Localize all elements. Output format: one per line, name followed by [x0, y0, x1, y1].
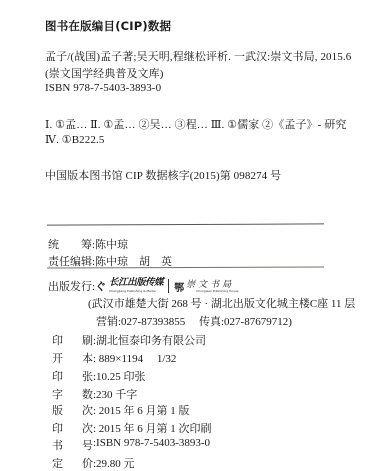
spec-value: :230 千字 [93, 386, 137, 402]
cip-subject-line-2: Ⅳ. ①B222.5 [45, 133, 104, 146]
spec-key-first: 版 [52, 402, 82, 418]
spec-printer: 印刷:湖北恒泰印务有限公司 [52, 332, 206, 348]
publisher-contact: 营销:027-87393855 传真:027-87679712) [96, 313, 292, 329]
chongwen-logo-sub: Chongwen Publishing House [196, 290, 238, 293]
divider-top [47, 223, 324, 225]
spec-printing: 印次: 2015 年 6 月第 1 次印刷 [52, 420, 212, 436]
spec-price: 定价:29.80 元 [52, 455, 135, 471]
publisher-label: 出版发行: [48, 278, 95, 294]
spec-isbn: 书号:ISBN 978-7-5403-3893-0 [52, 437, 210, 453]
spec-key-first: 定 [52, 455, 82, 471]
credit-planning-label: 统 筹 [48, 239, 92, 251]
spec-key-first: 印 [52, 332, 82, 348]
spec-key-second: 次 [82, 420, 93, 436]
spec-value: : 889×1194 1/32 [93, 350, 176, 366]
spec-key-second: 次 [82, 402, 93, 418]
spec-key-second: 号 [82, 437, 93, 453]
spec-key-second: 本 [82, 350, 93, 366]
spec-value: : 2015 年 6 月第 1 版 [93, 402, 190, 418]
logo-separator [168, 279, 169, 293]
chongwen-logo: 崇文书局 Chongwen Publishing House [186, 280, 238, 293]
cip-isbn: ISBN 978-7-5403-3893-0 [45, 82, 161, 94]
spec-key-first: 字 [52, 386, 82, 402]
cip-record-line: 孟子/(战国)孟子著;吴天明,程继松评析. 一武汉:崇文书局, 2015.6 [45, 48, 351, 64]
cip-verification: 中国版本图书馆 CIP 数据核字(2015)第 098274 号 [45, 167, 281, 183]
spec-key-second: 刷 [82, 332, 93, 348]
spec-key-second: 数 [82, 386, 93, 402]
changjiang-logo-sub: Changjiang Publishing & Media [109, 290, 156, 293]
divider-bottom [47, 267, 324, 269]
spec-format: 开本: 889×1194 1/32 [52, 350, 176, 366]
cip-series: (崇文国学经典普及文库) [45, 65, 164, 81]
copyright-page: 图书在版编目(CIP)数据 孟子/(战国)孟子著;吴天明,程继松评析. 一武汉:… [0, 0, 375, 471]
publisher-row: 出版发行: ぐ 长江出版传媒 Changjiang Publishing & M… [48, 278, 239, 294]
publisher-address: (武汉市雄楚大街 268 号 · 湖北出版文化城主楼C座 11 层 [88, 295, 355, 311]
spec-key-second: 张 [82, 368, 93, 384]
changjiang-logo-icon: ぐ [95, 278, 106, 294]
spec-key-first: 印 [52, 368, 82, 384]
spec-value: :湖北恒泰印务有限公司 [93, 332, 206, 348]
spec-value: :10.25 印张 [93, 368, 146, 384]
chongwen-logo-name: 崇文书局 [186, 280, 238, 289]
spec-value: :29.80 元 [93, 455, 135, 471]
credit-planning: 统 筹:陈中琼 [48, 236, 128, 252]
changjiang-logo-name: 长江出版传媒 [109, 279, 163, 289]
spec-key-first: 印 [52, 420, 82, 436]
spec-word-count: 字数:230 千字 [52, 386, 137, 402]
spec-key-first: 书 [52, 437, 82, 453]
spec-edition: 版次: 2015 年 6 月第 1 版 [52, 402, 190, 418]
credit-planning-value: 陈中琼 [95, 239, 128, 251]
spec-key-first: 开 [52, 350, 82, 366]
spec-key-second: 价 [82, 455, 93, 471]
spec-value: :ISBN 978-7-5403-3893-0 [93, 437, 210, 453]
cip-title: 图书在版编目(CIP)数据 [45, 18, 171, 34]
changjiang-logo: 长江出版传媒 Changjiang Publishing & Media [109, 279, 163, 293]
credit-editor-label: 责任编辑 [48, 256, 92, 268]
cip-subject-line-1: Ⅰ. ①孟… Ⅱ. ①孟… ②吴… ③程… Ⅲ. ①儒家 ②《孟子》- 研究 [45, 116, 346, 132]
chongwen-logo-icon: 鄂 [174, 279, 184, 294]
spec-sheets: 印张:10.25 印张 [52, 368, 146, 384]
spec-value: : 2015 年 6 月第 1 次印刷 [93, 420, 212, 436]
